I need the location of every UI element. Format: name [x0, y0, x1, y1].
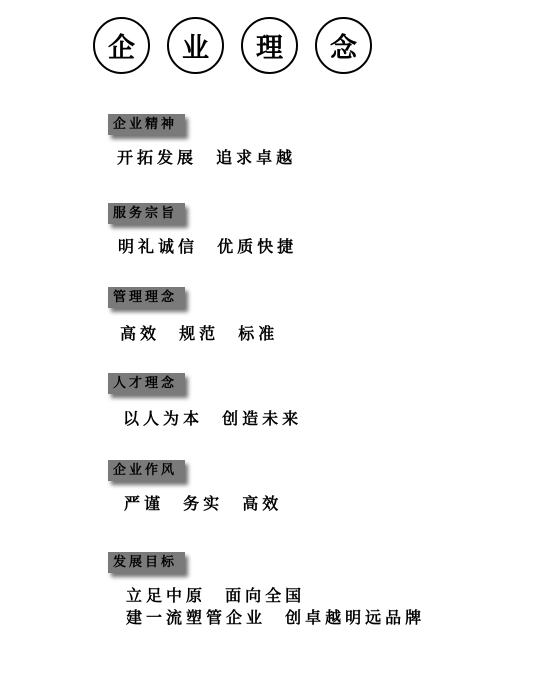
section-talent-philosophy: 人才理念 以人为本 创造未来 [108, 372, 302, 430]
title-char-circle: 业 [167, 17, 224, 74]
section-enterprise-spirit: 企业精神 开拓发展 追求卓越 [108, 113, 296, 169]
section-text: 开拓发展 追求卓越 [117, 147, 296, 169]
section-label: 企业作风 [108, 460, 185, 481]
section-management-philosophy: 管理理念 高效 规范 标准 [108, 286, 278, 345]
section-text: 明礼诚信 优质快捷 [118, 236, 297, 258]
section-text: 高效 规范 标准 [120, 323, 278, 345]
section-development-goal: 发展目标 立足中原 面向全国 建一流塑管企业 创卓越明远品牌 [108, 551, 425, 629]
section-text: 立足中原 面向全国 [126, 585, 425, 607]
section-label: 企业精神 [108, 114, 185, 135]
section-text: 严谨 务实 高效 [124, 493, 282, 515]
title-char-circle: 企 [93, 17, 150, 74]
section-text: 以人为本 创造未来 [123, 408, 302, 430]
section-text: 建一流塑管企业 创卓越明远品牌 [126, 607, 425, 629]
title-char-circle: 理 [241, 17, 298, 74]
section-label: 管理理念 [108, 287, 185, 308]
section-label: 人才理念 [108, 373, 185, 394]
page-title: 企 业 理 念 [93, 17, 372, 74]
title-char-circle: 念 [315, 17, 372, 74]
section-label: 发展目标 [108, 552, 185, 573]
section-label: 服务宗旨 [108, 203, 185, 224]
section-service-tenet: 服务宗旨 明礼诚信 优质快捷 [108, 202, 297, 258]
section-enterprise-style: 企业作风 严谨 务实 高效 [108, 459, 282, 515]
